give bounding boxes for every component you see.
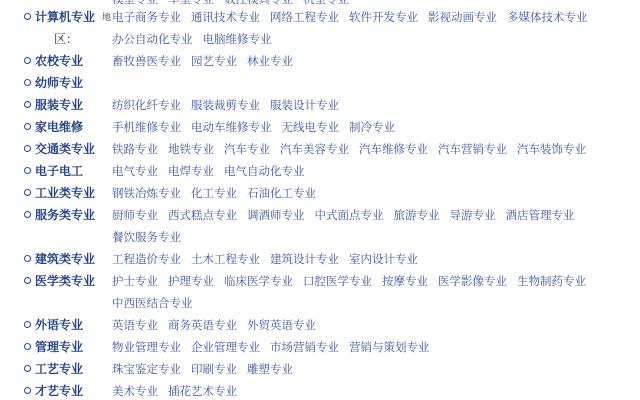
category-label[interactable]: 医学类专业 [0,270,112,292]
major-link[interactable]: 企业管理专业 [191,336,260,358]
category-label[interactable]: 才艺专业 [0,380,112,400]
item-list: 电气专业电焊专业电气自动化专业 [112,160,640,182]
category-name[interactable]: 服务类专业 [35,208,95,222]
major-link[interactable]: 生物制药专业 [517,270,586,292]
circle-bullet-icon [24,57,31,64]
major-link[interactable]: 办公自动化专业 [112,28,193,50]
circle-bullet-icon [24,13,31,20]
major-link[interactable]: 园艺专业 [191,50,237,72]
circle-bullet-icon [24,343,31,350]
major-link[interactable]: 电焊专业 [168,160,214,182]
category-row: 服装专业纺织化纤专业服装裁剪专业服装设计专业 [0,94,640,116]
major-link[interactable]: 酒店管理专业 [506,204,575,226]
category-row: 服务类专业厨师专业西式糕点专业调酒师专业中式面点专业旅游专业导游专业酒店管理专业… [0,204,640,248]
major-link[interactable]: 钢铁冶炼专业 [112,182,181,204]
category-label[interactable]: 工业类专业 [0,182,112,204]
major-link[interactable]: 口腔医学专业 [303,270,372,292]
major-link[interactable]: 地铁专业 [168,138,214,160]
category-label[interactable]: 建筑类专业 [0,248,112,270]
circle-bullet-icon [24,321,31,328]
category-row: 管理专业物业管理专业企业管理专业市场营销专业营销与策划专业 [0,336,640,358]
category-label[interactable]: 工艺专业 [0,358,112,380]
major-link[interactable]: 土木工程专业 [191,248,260,270]
item-list: 手机维修专业电动车维修专业无线电专业制冷专业 [112,116,640,138]
major-link[interactable]: 汽车美容专业 [280,138,349,160]
major-link[interactable]: 汽车营销专业 [438,138,507,160]
item-list: 护士专业护理专业临床医学专业口腔医学专业按摩专业医学影像专业生物制药专业中西医结… [112,270,640,314]
major-link[interactable]: 印刷专业 [191,358,237,380]
major-link[interactable]: 纺织化纤专业 [112,94,181,116]
major-link[interactable]: 铁路专业 [112,138,158,160]
category-row: 家电维修手机维修专业电动车维修专业无线电专业制冷专业 [0,116,640,138]
circle-bullet-icon [24,189,31,196]
category-row: 交通类专业铁路专业地铁专业汽车专业汽车美容专业汽车维修专业汽车营销专业汽车装饰专… [0,138,640,160]
item-list: 工程造价专业土木工程专业建筑设计专业室内设计专业 [112,248,640,270]
category-label[interactable]: 计算机专业区： [0,6,112,50]
category-label[interactable]: 电子电工 [0,160,112,182]
item-list: 电子商务专业通讯技术专业网络工程专业软件开发专业影视动画专业多媒体技术专业办公自… [112,6,640,50]
major-link[interactable]: 按摩专业 [382,270,428,292]
category-list: 计算机专业区：地电子商务专业通讯技术专业网络工程专业软件开发专业影视动画专业多媒… [0,6,640,400]
circle-bullet-icon [24,167,31,174]
item-list: 美术专业插花艺术专业 [112,380,640,400]
category-label[interactable]: 家电维修 [0,116,112,138]
major-link[interactable]: 餐饮服务专业 [112,226,181,248]
major-link[interactable]: 导游专业 [450,204,496,226]
circle-bullet-icon [24,387,31,394]
category-row: 工业类专业钢铁冶炼专业化工专业石油化工专业 [0,182,640,204]
major-link[interactable]: 建筑设计专业 [270,248,339,270]
major-link[interactable]: 手机维修专业 [112,116,181,138]
major-link[interactable]: 汽车装饰专业 [517,138,586,160]
major-link[interactable]: 化工专业 [191,182,237,204]
circle-bullet-icon [24,79,31,86]
major-link[interactable]: 中式面点专业 [315,204,384,226]
category-name[interactable]: 家电维修 [35,120,83,134]
category-name[interactable]: 计算机专业 [35,10,95,24]
major-link[interactable]: 制冷专业 [349,116,395,138]
category-name[interactable]: 农校专业 [35,54,83,68]
circle-bullet-icon [24,145,31,152]
major-link[interactable]: 室内设计专业 [349,248,418,270]
major-link[interactable]: 石油化工专业 [247,182,316,204]
category-row: 医学类专业护士专业护理专业临床医学专业口腔医学专业按摩专业医学影像专业生物制药专… [0,270,640,314]
major-link[interactable]: 医学影像专业 [438,270,507,292]
category-name[interactable]: 才艺专业 [35,384,83,398]
major-link[interactable]: 电气专业 [112,160,158,182]
item-list: 钢铁冶炼专业化工专业石油化工专业 [112,182,640,204]
major-link[interactable]: 服装裁剪专业 [191,94,260,116]
category-row: 幼师专业 [0,72,640,94]
item-list: 珠宝鉴定专业印刷专业雕塑专业 [112,358,640,380]
major-link[interactable]: 电气自动化专业 [224,160,305,182]
category-name[interactable]: 幼师专业 [35,76,83,90]
major-link[interactable]: 调酒师专业 [247,204,305,226]
major-link[interactable]: 多媒体技术专业 [507,6,588,28]
circle-bullet-icon [24,211,31,218]
circle-bullet-icon [24,277,31,284]
major-link[interactable]: 服装设计专业 [270,94,339,116]
category-label[interactable]: 农校专业 [0,50,112,72]
major-link[interactable]: 雕塑专业 [247,358,293,380]
major-link[interactable]: 临床医学专业 [224,270,293,292]
major-link[interactable]: 旅游专业 [394,204,440,226]
major-link[interactable]: 英语专业 [112,314,158,336]
category-name[interactable]: 服装专业 [35,98,83,112]
major-link[interactable]: 影视动画专业 [428,6,497,28]
category-row: 外语专业英语专业商务英语专业外贸英语专业 [0,314,640,336]
item-list: 铁路专业地铁专业汽车专业汽车美容专业汽车维修专业汽车营销专业汽车装饰专业 [112,138,640,160]
category-label[interactable]: 服务类专业 [0,204,112,226]
major-link[interactable]: 软件开发专业 [349,6,418,28]
category-row: 才艺专业美术专业插花艺术专业 [0,380,640,400]
major-link[interactable]: 插花艺术专业 [168,380,237,400]
major-link[interactable]: 西式糕点专业 [168,204,237,226]
item-list: 畜牧兽医专业园艺专业林业专业 [112,50,640,72]
category-name[interactable]: 交通类专业 [35,142,95,156]
circle-bullet-icon [24,123,31,130]
major-link[interactable]: 网络工程专业 [270,6,339,28]
major-link[interactable]: 护士专业 [112,270,158,292]
major-directory: 模型专业车型专业数控模具专业机型专业 计算机专业区：地电子商务专业通讯技术专业网… [0,0,640,400]
category-name[interactable]: 建筑类专业 [35,252,95,266]
category-row: 电子电工电气专业电焊专业电气自动化专业 [0,160,640,182]
circle-bullet-icon [24,365,31,372]
major-link[interactable]: 通讯技术专业 [191,6,260,28]
major-link[interactable]: 电动车维修专业 [191,116,272,138]
circle-bullet-icon [24,255,31,262]
category-label[interactable]: 管理专业 [0,336,112,358]
circle-bullet-icon [24,101,31,108]
category-row: 农校专业畜牧兽医专业园艺专业林业专业 [0,50,640,72]
category-name[interactable]: 医学类专业 [35,274,95,288]
major-link[interactable]: 林业专业 [247,50,293,72]
major-link[interactable]: 营销与策划专业 [349,336,430,358]
major-link[interactable]: 珠宝鉴定专业 [112,358,181,380]
major-link[interactable]: 市场营销专业 [270,336,339,358]
item-list: 厨师专业西式糕点专业调酒师专业中式面点专业旅游专业导游专业酒店管理专业餐饮服务专… [112,204,640,248]
major-link[interactable]: 护理专业 [168,270,214,292]
category-name[interactable]: 工艺专业 [35,362,83,376]
major-link[interactable]: 美术专业 [112,380,158,400]
major-link[interactable]: 电子商务专业 [112,6,181,28]
category-name[interactable]: 外语专业 [35,318,83,332]
major-link[interactable]: 中西医结合专业 [112,292,193,314]
major-link[interactable]: 汽车维修专业 [359,138,428,160]
major-link[interactable]: 物业管理专业 [112,336,181,358]
item-list: 物业管理专业企业管理专业市场营销专业营销与策划专业 [112,336,640,358]
category-name[interactable]: 管理专业 [35,340,83,354]
major-link[interactable]: 汽车专业 [224,138,270,160]
category-label[interactable]: 交通类专业 [0,138,112,160]
category-label[interactable]: 外语专业 [0,314,112,336]
item-list: 纺织化纤专业服装裁剪专业服装设计专业 [112,94,640,116]
category-label[interactable]: 幼师专业 [0,72,112,94]
major-link[interactable]: 外贸英语专业 [247,314,316,336]
major-link[interactable]: 工程造价专业 [112,248,181,270]
category-row: 建筑类专业工程造价专业土木工程专业建筑设计专业室内设计专业 [0,248,640,270]
major-link[interactable]: 商务英语专业 [168,314,237,336]
major-link[interactable]: 电脑维修专业 [203,28,272,50]
major-link[interactable]: 无线电专业 [282,116,340,138]
major-link[interactable]: 厨师专业 [112,204,158,226]
category-name[interactable]: 工业类专业 [35,186,95,200]
category-prefix: 地 [102,10,111,23]
category-name[interactable]: 电子电工 [35,164,83,178]
major-link[interactable]: 畜牧兽医专业 [112,50,181,72]
category-row: 计算机专业区：地电子商务专业通讯技术专业网络工程专业软件开发专业影视动画专业多媒… [0,6,640,50]
category-label[interactable]: 服装专业 [0,94,112,116]
category-row: 工艺专业珠宝鉴定专业印刷专业雕塑专业 [0,358,640,380]
category-sub-label: 区： [24,28,112,50]
item-list: 英语专业商务英语专业外贸英语专业 [112,314,640,336]
